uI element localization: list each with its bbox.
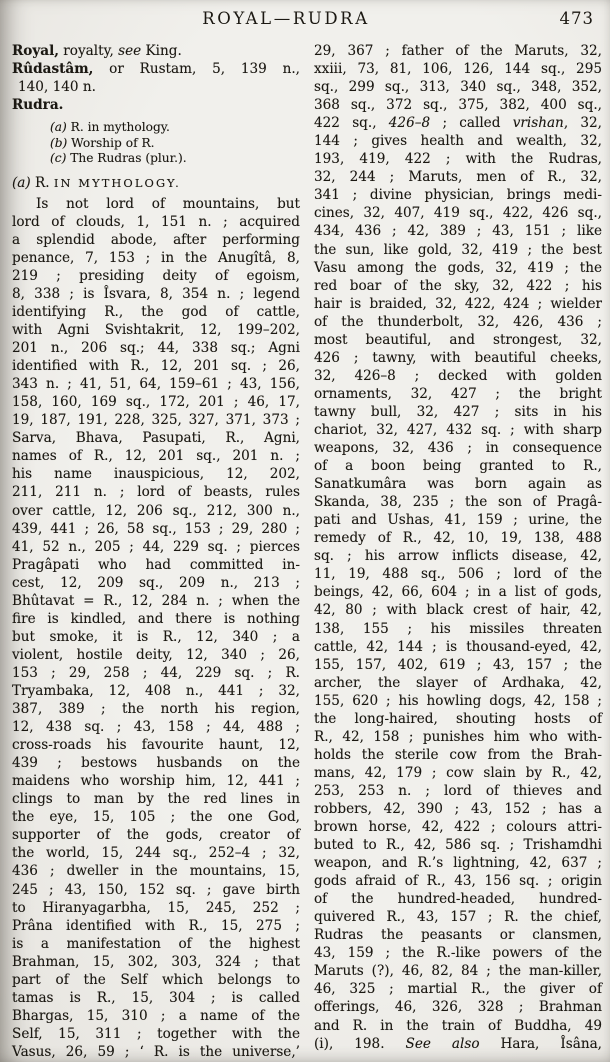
index-text-line: 387, 389 ; the north his region,: [12, 700, 300, 718]
index-text-line: 253, 253 n. ; lord of thieves and: [314, 782, 602, 800]
index-text-line: buted to R., 42, 586 sq. ; Trishamdhi: [314, 836, 602, 854]
index-text-line: xxiii, 73, 81, 106, 126, 144 sq., 295: [314, 60, 602, 78]
index-text-line: red boar of the sky, 32, 422 ; his: [314, 277, 602, 295]
index-text-line: 155, 620 ; his howling dogs, 42, 158 ;: [314, 692, 602, 710]
index-text-line: but smoke, it is R., 12, 340 ; a: [12, 628, 300, 646]
index-text-line: Tryambaka, 12, 408 n., 441 ; 32,: [12, 682, 300, 700]
index-text-line: sq., 299 sq., 313, 340 sq., 348, 352,: [314, 78, 602, 96]
index-text-line: 211, 211 n. ; lord of beasts, rules: [12, 483, 300, 501]
index-text-line: 11, 19, 488 sq., 506 ; lord of the: [314, 565, 602, 583]
index-text-line: 155, 157, 402, 619 ; 43, 157 ; the: [314, 656, 602, 674]
index-text-line: 46, 325 ; martial R., the giver of: [314, 980, 602, 998]
index-text-line: his name inauspicious, 12, 202,: [12, 465, 300, 483]
index-text-line: 19, 187, 191, 228, 325, 327, 371, 373 ;: [12, 411, 300, 429]
index-text-line: 439 ; bestows husbands on the: [12, 754, 300, 772]
index-text-line: part of the Self which belongs to: [12, 971, 300, 989]
index-text-line: Bhargas, 15, 310 ; a name of the: [12, 1007, 300, 1025]
index-text-line: Sanatkumâra was born again as: [314, 475, 602, 493]
index-text-line: Self, 15, 311 ; together with the: [12, 1025, 300, 1043]
index-text-line: 32, 426–8 ; decked with golden: [314, 367, 602, 385]
book-page: ROYAL—RUDRA 473 Royal, royalty, see King…: [0, 0, 610, 1062]
index-text-line: cattle, 42, 144 ; is thousand-eyed, 42,: [314, 638, 602, 656]
index-text-line: 368 sq., 372 sq., 375, 382, 400 sq.,: [314, 96, 602, 114]
index-text-line: to Hiranyagarbha, 15, 245, 252 ;: [12, 899, 300, 917]
index-text-line: lord of clouds, 1, 151 n. ; acquired: [12, 213, 300, 231]
index-text-line: 144 ; gives health and wealth, 32,: [314, 132, 602, 150]
index-text-line: 138, 155 ; his missiles threaten: [314, 620, 602, 638]
index-text-line: identifying R., the god of cattle,: [12, 303, 300, 321]
index-text-line: 32, 244 ; Maruts, men of R., 32,: [314, 168, 602, 186]
left-column: Royal, royalty, see King.Rûdastâm, or Ru…: [12, 42, 300, 1061]
index-text-line: penance, 7, 153 ; in the Anugîtâ, 8,: [12, 249, 300, 267]
index-text-line: R., 42, 158 ; punishes him who with-: [314, 728, 602, 746]
index-text-line: 343 n. ; 41, 51, 64, 159–61 ; 43, 156,: [12, 375, 300, 393]
index-text-line: the sun, like gold, 32, 419 ; the best: [314, 241, 602, 259]
index-text-line: Is not lord of mountains, but: [12, 195, 300, 213]
index-text-line: 436 ; dweller in the mountains, 15,: [12, 862, 300, 880]
index-text-line: beings, 42, 66, 604 ; in a list of gods,: [314, 583, 602, 601]
index-text-line: cross-roads his favourite haunt, 12,: [12, 736, 300, 754]
index-text-line: 245 ; 43, 150, 152 sq. ; gave birth: [12, 881, 300, 899]
index-text-line: maidens who worship him, 12, 441 ;: [12, 772, 300, 790]
index-text-line: quivered R., 43, 157 ; R. the chief,: [314, 908, 602, 926]
index-text-line: (c) The Rudras (plur.).: [12, 151, 300, 167]
index-text-line: Vasus, 26, 59 ; ‘ R. is the universe,’: [12, 1043, 300, 1061]
index-text-line: identified with R., 12, 201 sq. ; 26,: [12, 357, 300, 375]
index-text-line: violent, hostile deity, 12, 340 ; 26,: [12, 646, 300, 664]
index-text-line: pati and Ushas, 41, 159 ; urine, the: [314, 511, 602, 529]
index-text-line: brown horse, 42, 422 ; colours attri-: [314, 818, 602, 836]
index-text-line: remedy of R., 42, 10, 19, 138, 488: [314, 529, 602, 547]
index-text-line: 12, 438 sq. ; 43, 158 ; 44, 488 ;: [12, 718, 300, 736]
index-text-line: Maruts (?), 46, 82, 84 ; the man-killer,: [314, 962, 602, 980]
index-text-line: Royal, royalty, see King.: [12, 42, 300, 60]
index-text-line: 29, 367 ; father of the Maruts, 32,: [314, 42, 602, 60]
index-text-line: and R. in the train of Buddha, 49: [314, 1017, 602, 1035]
index-text-line: hair is braided, 32, 422, 424 ; wielder: [314, 295, 602, 313]
index-text-line: robbers, 42, 390 ; 43, 152 ; has a: [314, 800, 602, 818]
index-text-line: (b) Worship of R.: [12, 136, 300, 152]
index-text-line: 158, 160, 169 sq., 172, 201 ; 46, 17,: [12, 393, 300, 411]
index-text-line: (a) R. in mythology.: [12, 120, 300, 136]
index-text-line: Sarva, Bhava, Pasupati, R., Agni,: [12, 429, 300, 447]
index-text-line: (i), 198. See also Hara, Îsâna,: [314, 1035, 602, 1053]
index-text-line: 426 ; tawny, with beautiful cheeks,: [314, 349, 602, 367]
index-text-line: most beautiful, and strongest, 32,: [314, 331, 602, 349]
index-text-line: Rudra.: [12, 96, 300, 114]
index-text-line: Brahman, 15, 302, 303, 324 ; that: [12, 953, 300, 971]
index-text-line: fire is kindled, and there is nothing: [12, 610, 300, 628]
index-text-line: holds the sterile cow from the Brah-: [314, 746, 602, 764]
index-text-line: Prâna identified with R., 15, 275 ;: [12, 917, 300, 935]
index-text-line: the world, 15, 244 sq., 252–4 ; 32,: [12, 844, 300, 862]
index-text-line: names of R., 12, 201 sq., 201 n. ;: [12, 447, 300, 465]
index-text-line: gods afraid of R., 43, 156 sq. ; origin: [314, 872, 602, 890]
index-text-line: supporter of the gods, creator of: [12, 826, 300, 844]
index-text-line: over cattle, 12, 206 sq., 212, 300 n.,: [12, 502, 300, 520]
index-text-line: offerings, 46, 326, 328 ; Brahman: [314, 998, 602, 1016]
index-text-line: 8, 338 ; is Îsvara, 8, 354 n. ; legend: [12, 285, 300, 303]
index-text-line: of the hundred-headed, hundred-: [314, 890, 602, 908]
index-text-line: a splendid abode, after performing: [12, 231, 300, 249]
index-text-line: 42, 80 ; with black crest of hair, 42,: [314, 601, 602, 619]
index-text-line: 434, 436 ; 42, 389 ; 43, 151 ; like: [314, 222, 602, 240]
index-text-line: 201 n., 206 sq.; 44, 338 sq.; Agni: [12, 339, 300, 357]
index-text-line: of the thunderbolt, 32, 426, 436 ;: [314, 313, 602, 331]
index-text-line: the long-haired, shouting hosts of: [314, 710, 602, 728]
running-header: ROYAL—RUDRA: [0, 9, 572, 28]
index-text-line: 41, 52 n., 205 ; 44, 229 sq. ; pierces: [12, 538, 300, 556]
index-text-line: cest, 12, 209 sq., 209 n., 213 ;: [12, 574, 300, 592]
index-text-line: of a boon being granted to R.,: [314, 457, 602, 475]
index-text-line: Rudras the peasants or clansmen,: [314, 926, 602, 944]
index-text-line: weapon, and R.’s lightning, 42, 637 ;: [314, 854, 602, 872]
index-text-line: tawny bull, 32, 427 ; sits in his: [314, 403, 602, 421]
page-number: 473: [560, 9, 595, 28]
index-text-line: mans, 42, 179 ; cow slain by R., 42,: [314, 764, 602, 782]
index-text-line: 439, 441 ; 26, 58 sq., 153 ; 29, 280 ;: [12, 520, 300, 538]
index-text-line: 219 ; presiding deity of egoism,: [12, 267, 300, 285]
index-text-line: 193, 419, 422 ; with the Rudras,: [314, 150, 602, 168]
index-text-line: 43, 159 ; the R.-like powers of the: [314, 944, 602, 962]
index-text-line: Vasu among the gods, 32, 419 ; the: [314, 259, 602, 277]
index-text-line: Skanda, 38, 235 ; the son of Pragâ-: [314, 493, 602, 511]
index-text-line: the eye, 15, 105 ; the one God,: [12, 808, 300, 826]
index-text-line: cines, 32, 407, 419 sq., 422, 426 sq.,: [314, 204, 602, 222]
index-text-line: 153 ; 29, 258 ; 44, 229 sq. ; R.: [12, 664, 300, 682]
index-text-line: ornaments, 32, 427 ; the bright: [314, 385, 602, 403]
index-text-line: (a) R. IN MYTHOLOGY.: [12, 174, 300, 192]
index-text-line: Pragâpati who had committed in-: [12, 556, 300, 574]
index-text-line: 422 sq., 426–8 ; called vrishan, 32,: [314, 114, 602, 132]
index-text-line: 140, 140 n.: [12, 78, 300, 96]
index-text-line: with Agni Svishtakrit, 12, 199–202,: [12, 321, 300, 339]
index-text-line: chariot, 32, 427, 432 sq. ; with sharp: [314, 421, 602, 439]
right-column: 29, 367 ; father of the Maruts, 32,xxiii…: [314, 42, 602, 1053]
index-text-line: clings to man by the red lines in: [12, 790, 300, 808]
index-text-line: sq. ; his arrow inflicts disease, 42,: [314, 547, 602, 565]
index-text-line: 341 ; divine physician, brings medi-: [314, 186, 602, 204]
index-text-line: Rûdastâm, or Rustam, 5, 139 n.,: [12, 60, 300, 78]
index-text-line: weapons, 32, 436 ; in consequence: [314, 439, 602, 457]
index-text-line: archer, the slayer of Ardhaka, 42,: [314, 674, 602, 692]
index-text-line: tamas is R., 15, 304 ; is called: [12, 989, 300, 1007]
index-text-line: Bhûtavat = R., 12, 284 n. ; when the: [12, 592, 300, 610]
index-text-line: is a manifestation of the highest: [12, 935, 300, 953]
